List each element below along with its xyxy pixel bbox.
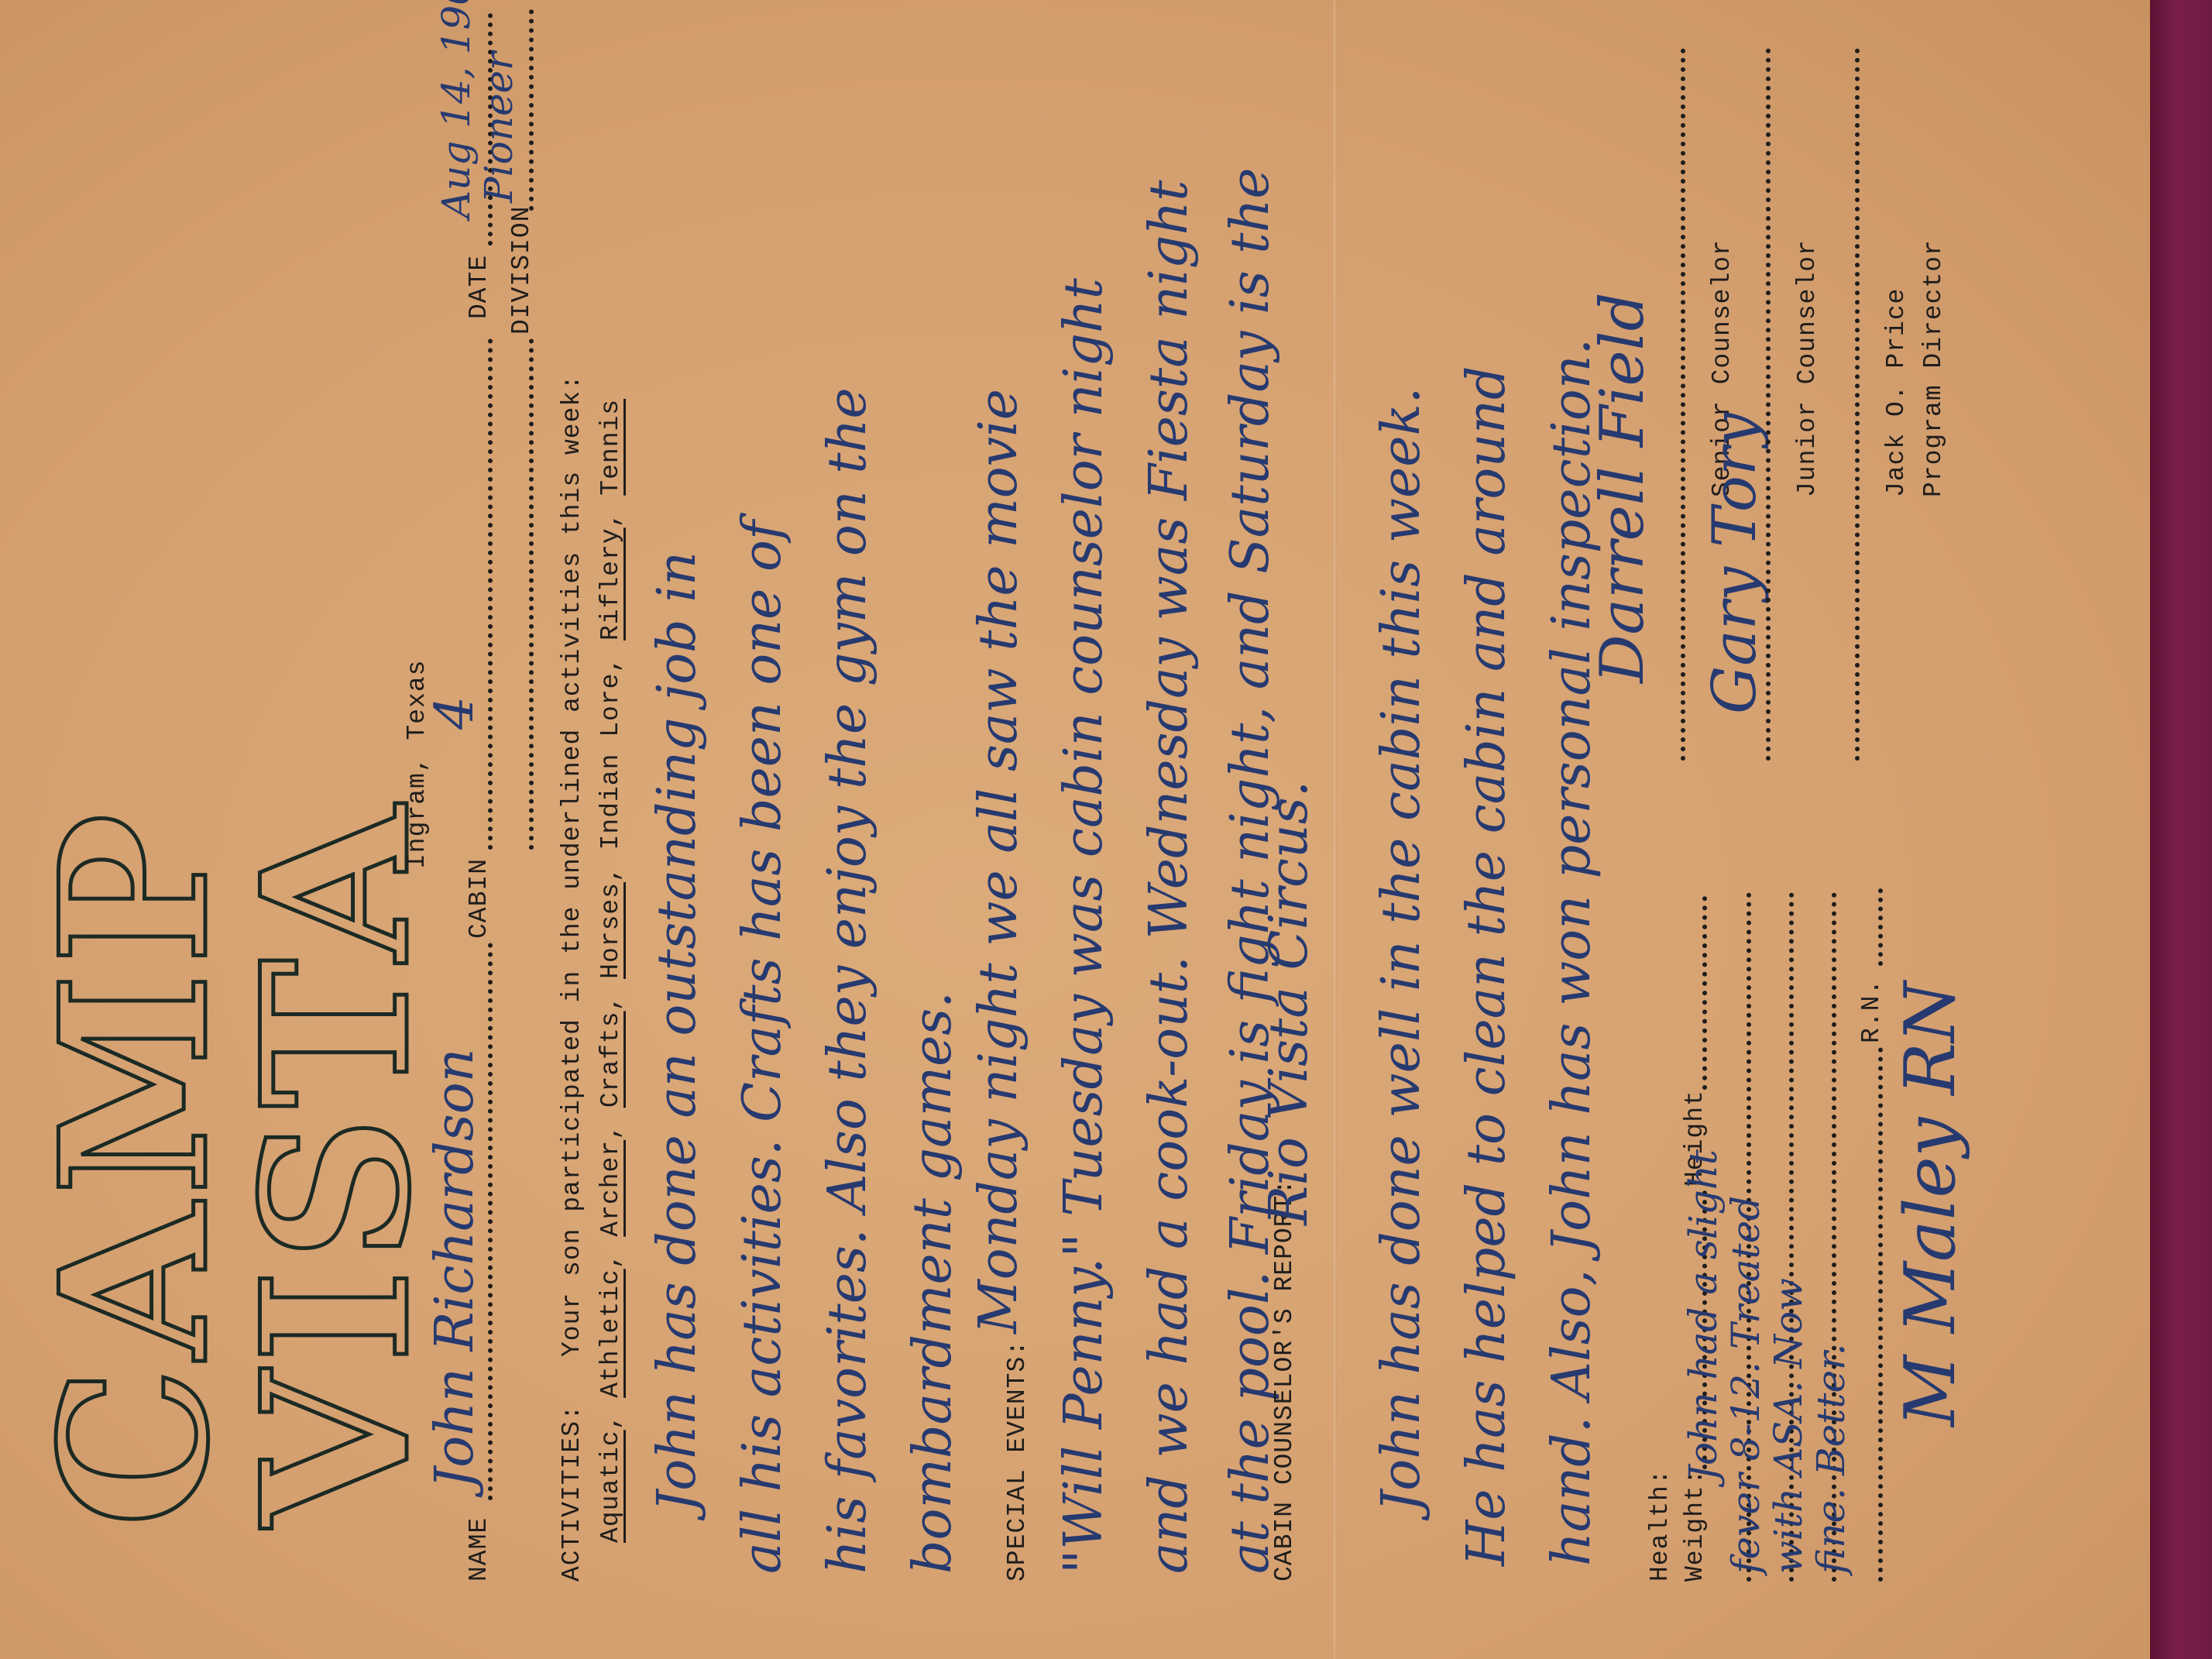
activities-note-line: his favorites. Also they enjoy the gym o… — [817, 387, 878, 1574]
junior-counselor-line — [1766, 48, 1771, 761]
special-events-label: SPECIAL EVENTS: — [1003, 1340, 1032, 1582]
program-director-name: Jack O. Price — [1882, 288, 1911, 497]
camp-report-card: CAMP VISTA Ingram, Texas NAME John Richa… — [0, 0, 2161, 1659]
rn-line — [1878, 1047, 1883, 1582]
date-value: Aug 14, 1962 — [434, 0, 479, 218]
junior-counselor-title: Junior Counselor — [1793, 239, 1822, 497]
counselor-report-line: He has helped to clean the cabin and aro… — [1456, 366, 1517, 1567]
activity-tennis: Tennis — [596, 399, 625, 496]
special-events-line: "Will Penny." Tuesday was cabin counselo… — [1053, 278, 1115, 1574]
activities-note-line: all his activities. Crafts has been one … — [732, 520, 793, 1574]
activities-label: ACTIVITIES: — [558, 1404, 586, 1582]
junior-counselor-signature: Gary Tory — [1700, 413, 1770, 714]
division-leading-line — [529, 338, 534, 850]
activities-intro: Your son participated in the underlined … — [558, 374, 586, 1357]
height-line — [1702, 896, 1707, 1090]
activity-horses: Horses — [596, 882, 625, 979]
counselor-report-line: Rio Vista Circus. — [1259, 781, 1320, 1225]
senior-counselor-line — [1681, 48, 1685, 761]
division-label: DIVISION — [507, 206, 536, 335]
name-value: John Richardson — [424, 1049, 486, 1489]
program-director-title: Program Director — [1919, 239, 1948, 497]
name-line — [488, 943, 493, 1500]
name-label: NAME — [465, 1517, 493, 1582]
activity-athletic: Athletic — [596, 1269, 625, 1397]
health-note-line: with ASA. Now — [1766, 1278, 1811, 1574]
activities-note-line: bombardment games. — [902, 991, 963, 1574]
health-note-line: fine. Better. — [1808, 1344, 1853, 1574]
cabin-value: 4 — [424, 696, 486, 730]
rn-label: R.N. — [1857, 979, 1886, 1043]
weight-label: Weight: — [1681, 1468, 1709, 1582]
division-line — [529, 9, 534, 211]
cabin-line — [488, 338, 493, 850]
health-note-line: fever 8-12. Treated — [1723, 1196, 1768, 1574]
health-label: Health: — [1646, 1468, 1674, 1582]
cabin-counselor-report-label: CABIN COUNSELOR'S REPORT: — [1270, 1179, 1299, 1582]
activity-indian-lore: Indian Lore — [596, 673, 625, 850]
camp-logo: CAMP VISTA — [116, 9, 356, 1527]
activities-list: Aquatic, Athletic, Archer, Crafts, Horse… — [596, 399, 625, 1543]
rn-signature: M Maley RN — [1890, 981, 1971, 1427]
activity-aquatic: Aquatic — [596, 1430, 625, 1543]
special-events-line: and we had a cook-out. Wednesday was Fie… — [1139, 180, 1200, 1574]
activity-archer: Archer — [596, 1140, 625, 1237]
activities-note-line: John has done an outstanding job in — [647, 551, 708, 1512]
activity-crafts: Crafts — [596, 1011, 625, 1108]
program-director-line — [1855, 48, 1860, 761]
activity-riflery: Riflery — [596, 527, 625, 641]
rn-line-tail — [1878, 888, 1883, 966]
division-value: Pioneer — [476, 52, 521, 203]
counselor-report-line: John has done well in the cabin this wee… — [1371, 387, 1432, 1512]
health-note-line: John had a slight — [1681, 1149, 1726, 1481]
senior-counselor-signature: Darrell Field — [1588, 292, 1657, 683]
cabin-label: CABIN — [465, 858, 493, 939]
special-events-line: Monday night we all saw the movie — [968, 389, 1029, 1334]
location: Ingram, Texas — [403, 660, 431, 869]
logo-text: CAMP VISTA — [35, 9, 438, 1527]
date-label: DATE — [465, 255, 493, 319]
